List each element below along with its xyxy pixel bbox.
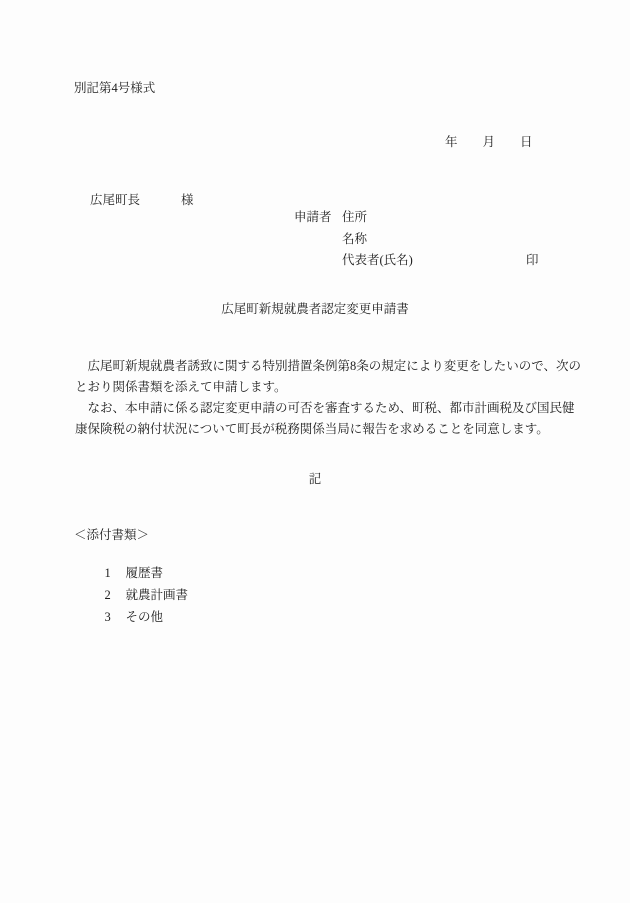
attachment-number: 3 xyxy=(105,609,126,625)
form-number: 別記第4号様式 xyxy=(74,80,155,96)
applicant-label: 申請者 xyxy=(294,209,332,225)
document-page: 別記第4号様式 年 月 日 広尾町長 様 申請者 住所 名称 代表者(氏名) 印… xyxy=(0,0,630,903)
applicant-field-name-label: 名称 xyxy=(342,231,367,247)
document-title: 広尾町新規就農者認定変更申請書 xyxy=(0,301,630,317)
seal-mark: 印 xyxy=(526,252,539,268)
body-paragraph2-line2: 康保険税の納付状況について町長が税務関係当局に報告を求めることを同意します。 xyxy=(75,421,549,437)
addressee-name: 広尾町長 xyxy=(90,192,140,208)
attachment-label: その他 xyxy=(126,610,164,624)
applicant-field-representative-label: 代表者(氏名) xyxy=(342,252,413,268)
date-line: 年 月 日 xyxy=(445,134,533,150)
applicant-field-address-label: 住所 xyxy=(342,209,367,225)
body-paragraph2-line1: なお、本申請に係る認定変更申請の可否を審査するため、町税、都市計画税及び国民健 xyxy=(75,400,575,416)
addressee-honorific: 様 xyxy=(181,192,194,208)
attachment-item: 3その他 xyxy=(92,593,163,641)
attachments-heading: ＜添付書類＞ xyxy=(74,527,149,543)
record-marker: 記 xyxy=(0,471,630,487)
body-paragraph1-line2: とおり関係書類を添えて申請します。 xyxy=(75,379,287,395)
body-paragraph1-line1: 広尾町新規就農者誘致に関する特別措置条例第8条の規定により変更をしたいので、次の xyxy=(75,358,581,374)
